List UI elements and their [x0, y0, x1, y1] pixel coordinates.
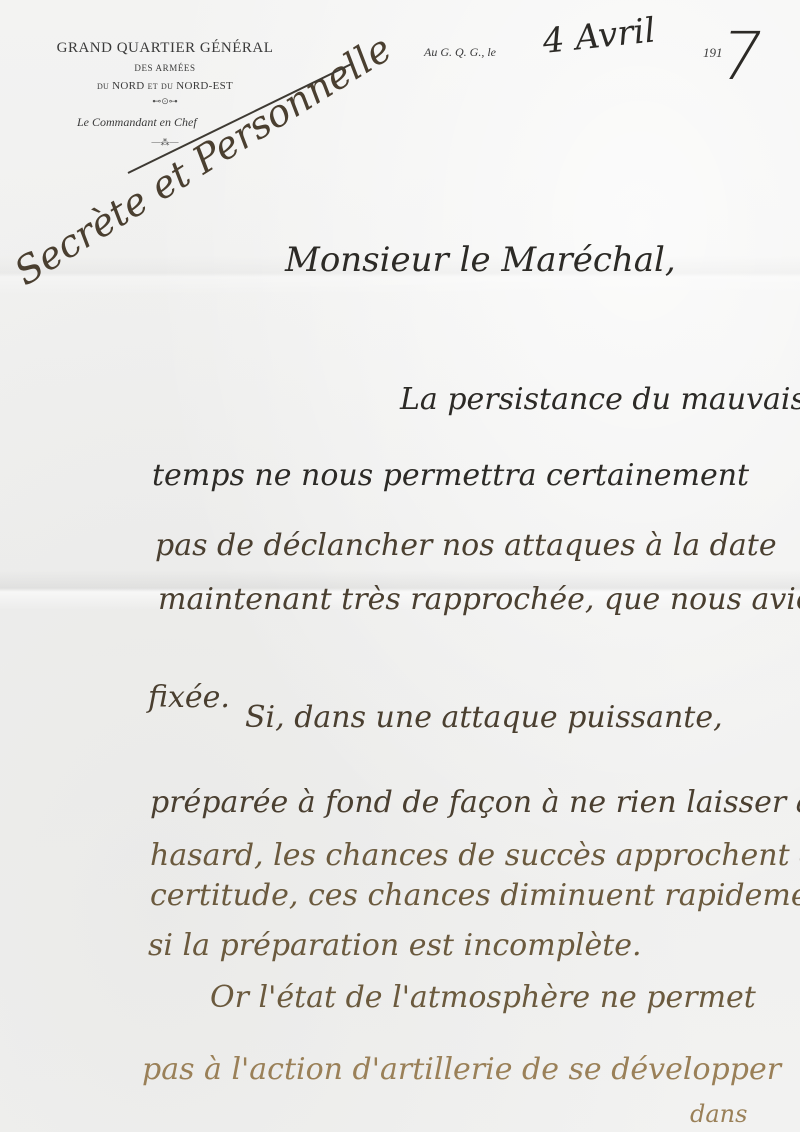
salutation: Monsieur le Maréchal, — [285, 240, 676, 280]
letterhead-region: DU NORD ET DU NORD-EST — [40, 80, 290, 92]
letter-page: GRAND QUARTIER GÉNÉRAL DES ARMÉES DU NOR… — [0, 0, 800, 1132]
handwritten-year-digit: 7 — [712, 18, 770, 95]
letterhead-du2: DU — [161, 82, 173, 91]
body-line: temps ne nous permettra certainement — [152, 458, 749, 493]
handwritten-date: 4 Avril — [541, 10, 657, 62]
letterhead-nord-est: NORD-EST — [176, 80, 233, 92]
body-line: La persistance du mauvais — [400, 382, 800, 417]
body-line: Or l'état de l'atmosphère ne permet — [210, 980, 756, 1015]
body-line: maintenant très rapprochée, que nous avi… — [158, 582, 800, 617]
body-line: pas à l'action d'artillerie de se dévelo… — [142, 1052, 781, 1087]
letterhead-du: DU — [97, 82, 109, 91]
body-line: Si, dans une attaque puissante, — [245, 700, 723, 735]
place-date-printed: Au G. Q. G., le — [424, 45, 496, 60]
body-line: hasard, les chances de succès approchent… — [150, 838, 800, 873]
letterhead-et: ET — [148, 82, 158, 91]
letterhead-title: GRAND QUARTIER GÉNÉRAL — [40, 40, 290, 57]
letterhead-nord: NORD — [112, 80, 144, 92]
body-line: pas de déclancher nos attaques à la date — [155, 528, 777, 563]
body-line: certitude, ces chances diminuent rapidem… — [150, 878, 800, 913]
body-line: préparée à fond de façon à ne rien laiss… — [150, 785, 800, 820]
catchword: dans — [690, 1100, 747, 1128]
body-line: fixée. — [148, 680, 230, 715]
letterhead-armies: DES ARMÉES — [40, 63, 290, 73]
body-line: si la préparation est incomplète. — [148, 928, 642, 963]
